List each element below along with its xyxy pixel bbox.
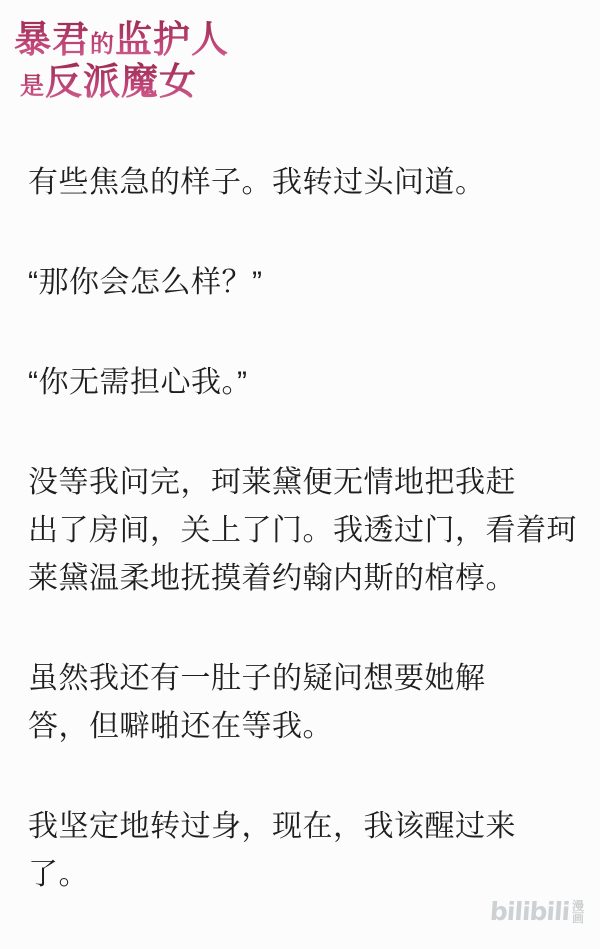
logo-text: 的 (90, 32, 115, 58)
text-line: 没等我问完，珂莱黛便无情地把我赶 (28, 466, 516, 499)
logo-text: 反派魔女 (45, 62, 197, 103)
manhua-char: 漫 (572, 900, 584, 912)
manhua-label: 漫 画 (572, 900, 584, 924)
text-line: “那你会怎么样？” (28, 266, 262, 299)
bilibili-watermark: bilibili 漫 画 (490, 897, 584, 926)
text-line: 答，但噼啪还在等我。 (28, 710, 333, 743)
manhua-char: 画 (572, 912, 584, 924)
series-logo-line2: 是反派魔女 (20, 62, 600, 111)
paragraph: 我坚定地转过身，现在，我该醒过来 了。 (28, 803, 572, 899)
logo-text: 是 (20, 74, 45, 100)
text-line: 虽然我还有一肚子的疑问想要她解 (28, 662, 486, 695)
manga-text-page: { "page": { "background_color": "#fcfcfc… (0, 0, 600, 949)
paragraph: 没等我问完，珂莱黛便无情地把我赶 出了房间，关上了门。我透过门，看着珂 莱黛温柔… (28, 459, 572, 603)
text-line: “你无需担心我。” (28, 366, 247, 399)
text-line: 我坚定地转过身，现在，我该醒过来 (28, 810, 516, 843)
logo-text: 暴君 (14, 20, 90, 61)
paragraph-dialogue: “你无需担心我。” (28, 359, 572, 407)
paragraph-dialogue: “那你会怎么样？” (28, 259, 572, 307)
logo-text: 监护人 (115, 20, 229, 61)
text-line: 有些焦急的样子。我转过头问道。 (28, 166, 486, 199)
novel-text-body: 有些焦急的样子。我转过头问道。 “那你会怎么样？” “你无需担心我。” 没等我问… (28, 159, 572, 899)
series-logo: 暴君的监护人 是反派魔女 (14, 20, 600, 108)
text-line: 出了房间，关上了门。我透过门，看着珂 (28, 514, 577, 547)
bilibili-logo: bilibili (489, 897, 570, 926)
text-line: 莱黛温柔地抚摸着约翰内斯的棺椁。 (28, 562, 516, 595)
paragraph: 虽然我还有一肚子的疑问想要她解 答，但噼啪还在等我。 (28, 655, 572, 751)
text-line: 了。 (28, 858, 89, 891)
paragraph: 有些焦急的样子。我转过头问道。 (28, 159, 572, 207)
